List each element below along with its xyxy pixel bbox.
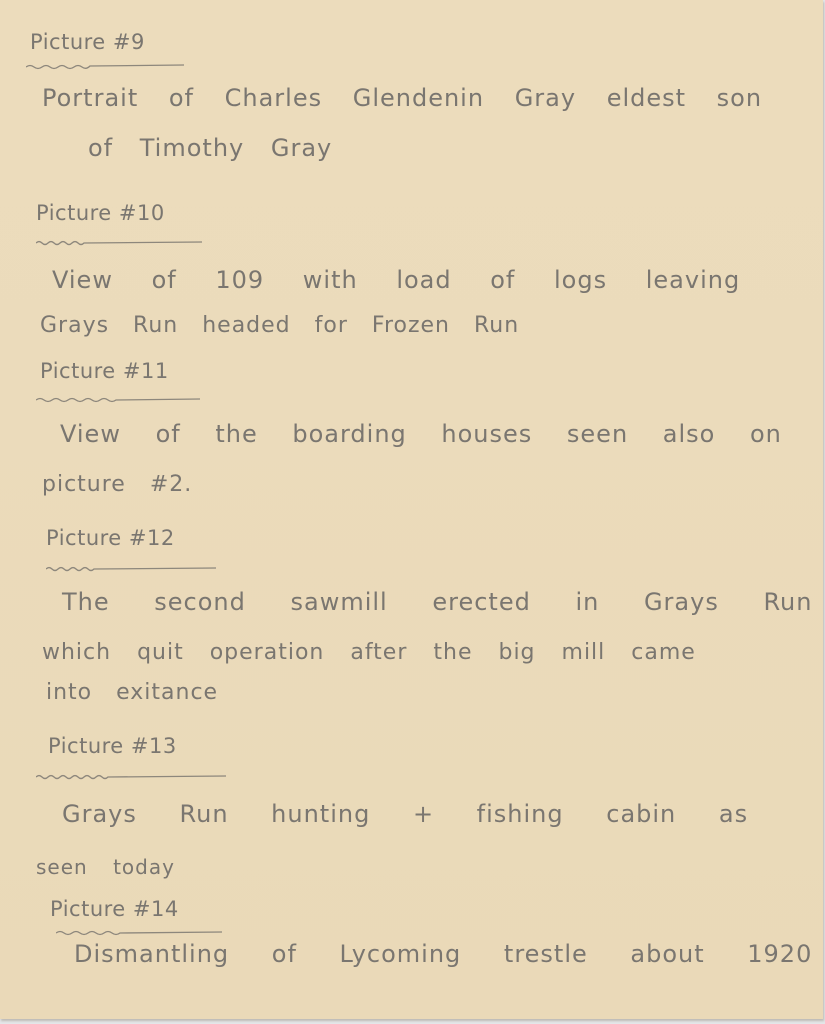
- entry-line: The second sawmill erected in Grays Run: [62, 588, 812, 616]
- entry-heading-picture-11: Picture #11: [40, 359, 169, 383]
- entry-line: Grays Run headed for Frozen Run: [40, 313, 519, 338]
- handwritten-page: Picture #9 Portrait of Charles Glendenin…: [0, 0, 823, 1019]
- heading-underline: [56, 929, 222, 937]
- entry-line: View of the boarding houses seen also on: [60, 420, 782, 448]
- entry-heading-picture-14: Picture #14: [50, 897, 179, 921]
- entry-line: View of 109 with load of logs leaving: [52, 266, 740, 294]
- heading-underline: [46, 564, 216, 572]
- entry-line: into exitance: [46, 680, 218, 705]
- entry-heading-picture-10: Picture #10: [36, 201, 165, 225]
- entry-line: which quit operation after the big mill …: [42, 640, 696, 665]
- entry-line: picture #2.: [42, 472, 192, 497]
- heading-underline: [36, 395, 200, 403]
- entry-line: Grays Run hunting + fishing cabin as: [62, 800, 748, 828]
- entry-heading-picture-13: Picture #13: [48, 734, 177, 758]
- entry-heading-picture-12: Picture #12: [46, 526, 175, 550]
- entry-line: Portrait of Charles Glendenin Gray eldes…: [42, 84, 762, 112]
- entry-heading-picture-9: Picture #9: [30, 30, 145, 54]
- heading-underline: [36, 772, 226, 780]
- entry-line: Dismantling of Lycoming trestle about 19…: [74, 940, 812, 968]
- entry-line: of Timothy Gray: [88, 134, 332, 162]
- heading-underline: [26, 62, 184, 70]
- heading-underline: [36, 239, 202, 247]
- entry-line: seen today: [36, 855, 175, 879]
